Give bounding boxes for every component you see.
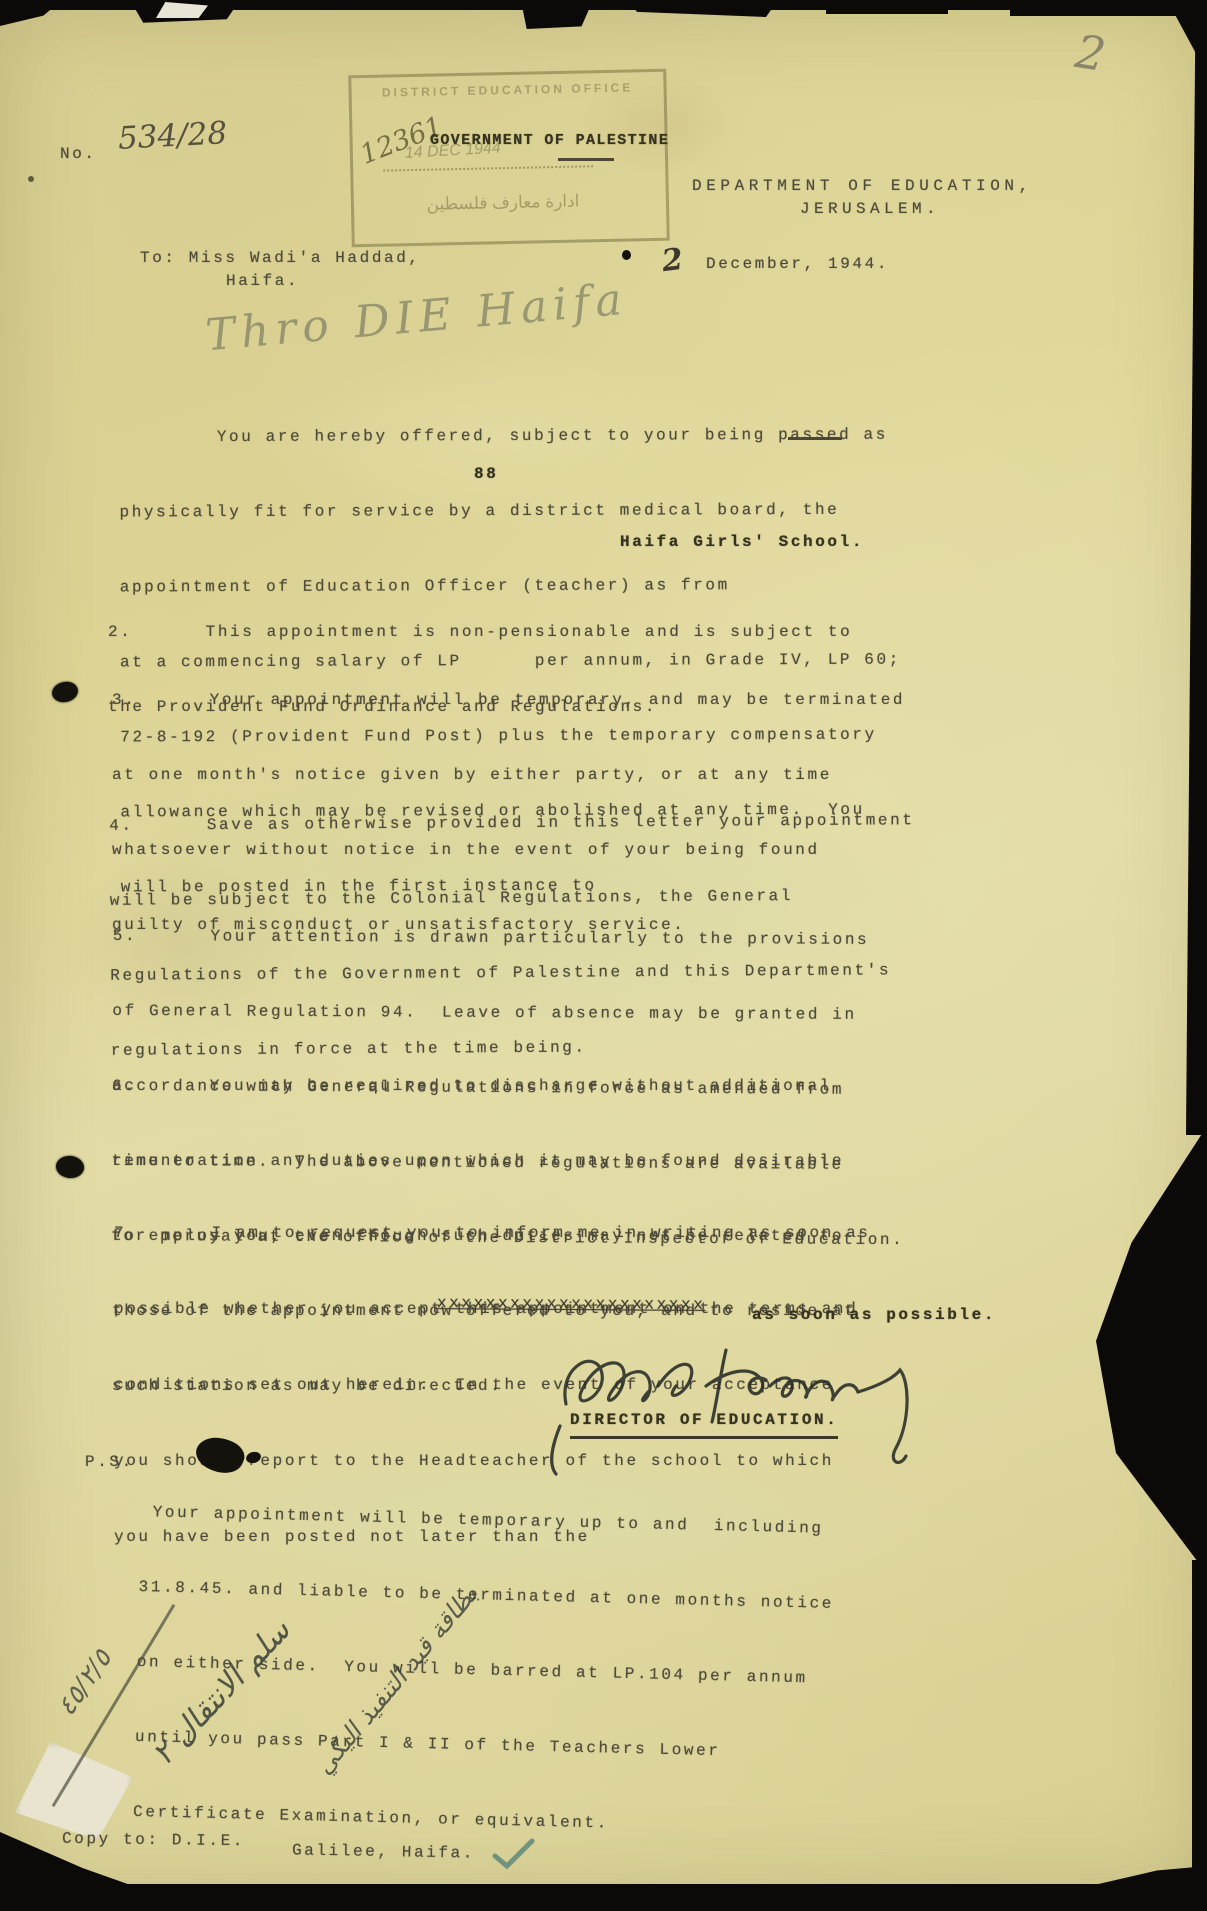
stamp-dotted-line [383, 165, 593, 171]
reference-number: 534/28 [117, 115, 228, 157]
scanned-letter: 2 No. 534/28 DISTRICT EDUCATION OFFICE 1… [0, 0, 1207, 1911]
copy-to-line: Copy to: D.I.E. [62, 1827, 245, 1855]
ps-line: until you pass Part I & II of the Teache… [135, 1725, 831, 1767]
ink-dot-small [622, 250, 631, 260]
stamp-arabic: ادارة معارف فلسطين [354, 190, 652, 216]
ps-line: 31.8.45. and liable to be terminated at … [138, 1575, 834, 1617]
scan-edge [826, 0, 948, 14]
district-office-stamp: DISTRICT EDUCATION OFFICE 12361 14 DEC 1… [348, 69, 670, 248]
strikeout-overtype: xxxxxxxxxxxxxxxxxxxxxx [437, 1291, 706, 1318]
scan-edge [0, 1884, 1207, 1911]
scan-edge [1192, 1560, 1207, 1890]
p3-line: 3. Your appointment will be temporary, a… [112, 688, 905, 713]
blank-date-dash [788, 437, 842, 440]
copy-destination: Galilee, Haifa. [292, 1838, 475, 1866]
p4-line: 4. Save as otherwise provided in this le… [109, 808, 914, 839]
addressee-line2: Haifa. [226, 269, 299, 294]
p1-line: physically fit for service by a district… [119, 498, 900, 526]
letterhead-city: JERUSALEM. [800, 197, 940, 222]
pencil-check-mark [492, 1838, 536, 1870]
addendum-as-soon: as soon as possible. [752, 1303, 996, 1328]
stamp-office-name: DISTRICT EDUCATION OFFICE [351, 80, 663, 101]
letterhead-department: DEPARTMENT OF EDUCATION, [692, 174, 1033, 199]
reference-label: No. [60, 142, 97, 167]
postscript-label: P.S. [85, 1450, 134, 1475]
addressee-line1: To: Miss Wadi'a Haddad, [140, 246, 421, 271]
ink-speck [28, 176, 34, 182]
p6-line: 6. You may be required to discharge with… [112, 1074, 856, 1099]
salary-inserted: 88 [474, 462, 498, 487]
date-day-handwritten: 2 [660, 242, 685, 279]
signature-title: DIRECTOR OF EDUCATION. [570, 1408, 838, 1439]
letterhead-government: GOVERNMENT OF PALESTINE [430, 128, 669, 153]
p5-line: 5. Your attention is drawn particularly … [113, 924, 906, 953]
posting-school: Haifa Girls' School. [620, 530, 864, 555]
ps-line: Your appointment will be temporary up to… [140, 1500, 836, 1542]
date-text: December, 1944. [706, 252, 889, 277]
p1-line: You are hereby offered, subject to your … [119, 423, 900, 451]
letterhead-underline [558, 158, 614, 161]
p7-line: 7. I am to request you to inform me in w… [114, 1221, 871, 1246]
